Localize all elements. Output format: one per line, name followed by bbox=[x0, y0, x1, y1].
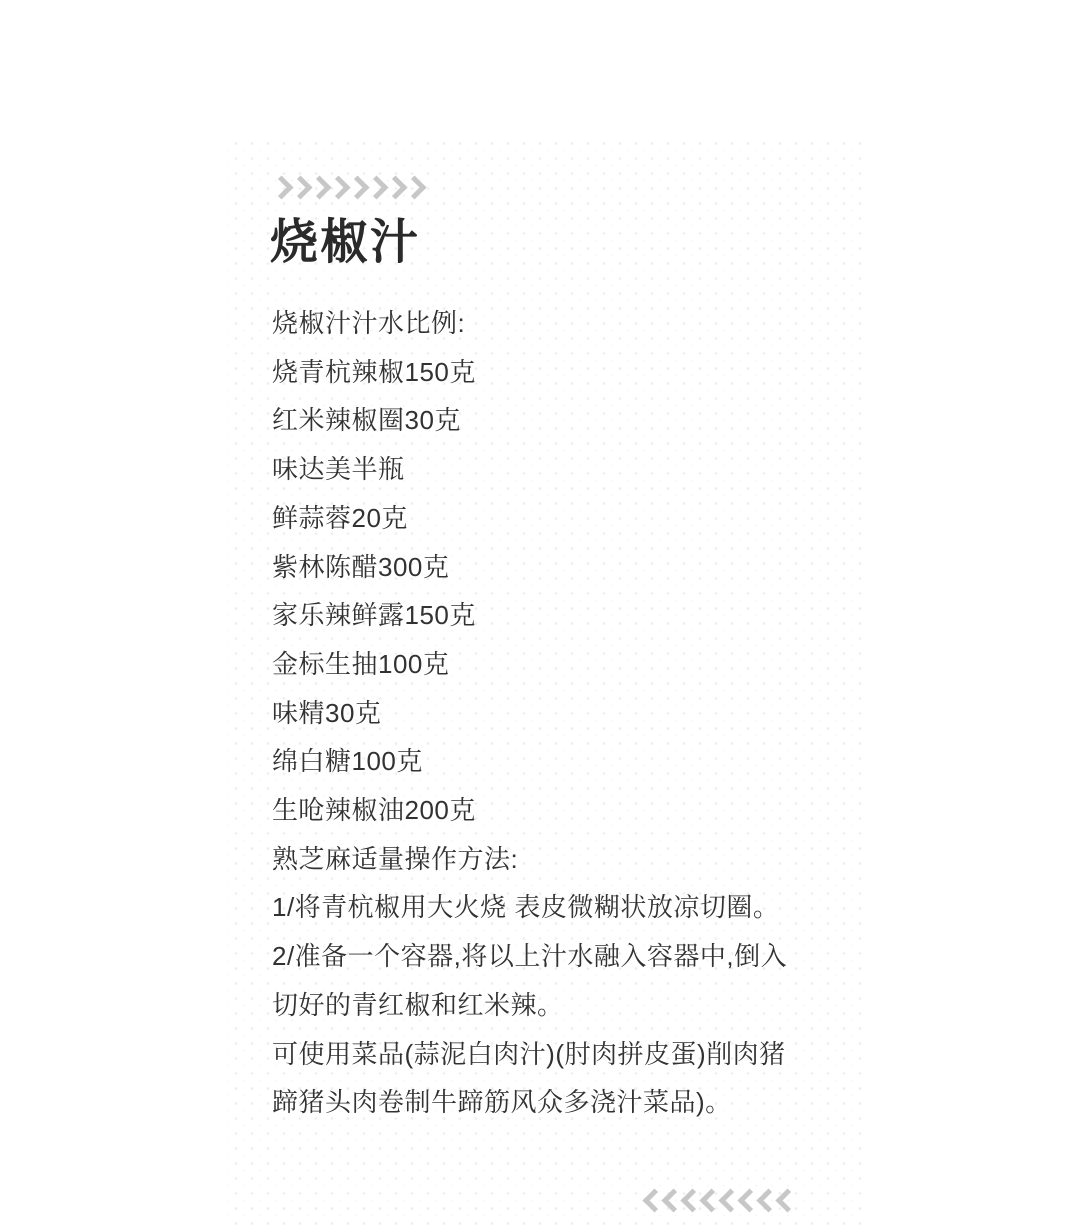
text-line: 烧椒汁汁水比例: bbox=[272, 299, 832, 348]
chevron-left-icon bbox=[775, 1188, 799, 1212]
text-line: 紫林陈醋300克 bbox=[272, 543, 832, 592]
text-line: 生呛辣椒油200克 bbox=[272, 786, 832, 835]
chevron-right-icon bbox=[402, 175, 426, 199]
recipe-title: 烧椒汁 bbox=[270, 213, 420, 273]
recipe-body: 烧椒汁汁水比例:烧青杭辣椒150克红米辣椒圈30克味达美半瓶鲜蒜蓉20克紫林陈醋… bbox=[272, 299, 832, 1127]
text-line: 绵白糖100克 bbox=[272, 737, 832, 786]
text-line: 金标生抽100克 bbox=[272, 640, 832, 689]
text-line: 蹄猪头肉卷制牛蹄筋风众多浇汁菜品)。 bbox=[272, 1078, 832, 1127]
text-line: 2/准备一个容器,将以上汁水融入容器中,倒入 bbox=[272, 932, 832, 981]
text-line: 1/将青杭椒用大火烧 表皮微糊状放凉切圈。 bbox=[272, 883, 832, 932]
text-line: 烧青杭辣椒150克 bbox=[272, 348, 832, 397]
text-line: 鲜蒜蓉20克 bbox=[272, 494, 832, 543]
chevrons-right-decoration bbox=[272, 176, 424, 206]
text-line: 熟芝麻适量操作方法: bbox=[272, 835, 832, 884]
text-line: 可使用菜品(蒜泥白肉汁)(肘肉拼皮蛋)削肉猪 bbox=[272, 1030, 832, 1079]
text-line: 味精30克 bbox=[272, 689, 832, 738]
text-line: 味达美半瓶 bbox=[272, 445, 832, 494]
text-line: 切好的青红椒和红米辣。 bbox=[272, 981, 832, 1030]
text-line: 家乐辣鲜露150克 bbox=[272, 591, 832, 640]
recipe-page: 烧椒汁 烧椒汁汁水比例:烧青杭辣椒150克红米辣椒圈30克味达美半瓶鲜蒜蓉20克… bbox=[0, 0, 1080, 1225]
chevrons-left-decoration bbox=[645, 1189, 797, 1219]
text-line: 红米辣椒圈30克 bbox=[272, 396, 832, 445]
